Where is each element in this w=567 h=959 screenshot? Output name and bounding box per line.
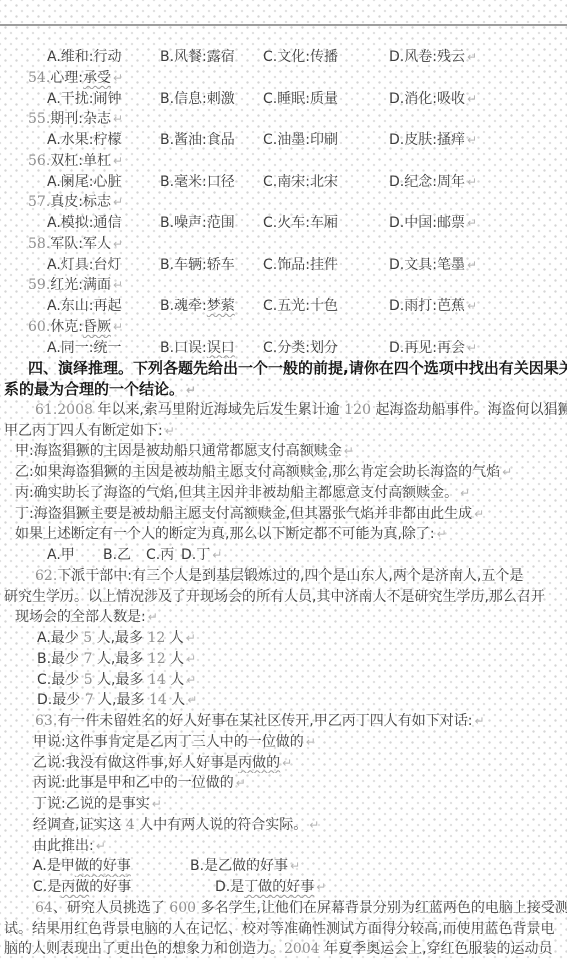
analogy-options-row: A.水果:柠檬B.酱油:食品C.油墨:印刷D.皮肤:搔痒↵ [0, 130, 567, 151]
spellcheck-wavy: 做的好事 [75, 858, 131, 874]
analogy-question: 55.期刊:杂志↵ [0, 109, 567, 130]
statement-line: 现场会的全部人数是:↵ [0, 607, 567, 628]
analogy-question: 58.军队:军人↵ [0, 234, 567, 255]
option-item: D.再见:再会 [389, 338, 465, 359]
number-text: 62. [35, 568, 57, 584]
horizontal-rule [0, 24, 567, 26]
paragraph-mark-icon: ↵ [163, 424, 175, 438]
option-item: A.水果:柠檬 [47, 130, 160, 151]
option-item: A.灯具:台灯 [47, 255, 160, 276]
option-item: A.同一:统一 [47, 338, 160, 359]
paragraph-mark-icon: ↵ [472, 507, 484, 521]
statement-line: 丙说:此事是甲和乙中的一位做的↵ [0, 773, 567, 794]
paragraph-mark-icon: ↵ [307, 818, 319, 832]
option-item: B.魂牵:梦萦 [160, 296, 263, 317]
number-text: 2008 [57, 402, 93, 418]
spellcheck-wavy: 承受 [83, 70, 111, 86]
analogy-question: 54.心理:承受↵ [0, 68, 567, 89]
paragraph-mark-icon: ↵ [234, 776, 246, 790]
paragraph-mark-icon: ↵ [465, 50, 477, 64]
statement-line: 如果上述断定有一个人的断定为真,那么以下断定都不可能为真,除了:↵ [0, 524, 567, 545]
statement-line: 丁:海盗猖獗主要是被劫船主愿支付高额赎金,但其嚣张气焰并非都由此生成↵ [0, 504, 567, 525]
statement-line: 丙:确实助长了海盗的气焰,但其主因并非被劫船主都愿意支付高额赎金。↵ [0, 483, 567, 504]
option-line: A.最少 5 人,最多 12 人↵ [0, 628, 567, 649]
statement-line: 甲说:这件事肯定是乙丙丁三人中的一位做的↵ [0, 732, 567, 753]
number-text: 54. [28, 70, 50, 86]
spellcheck-wavy: 昏厥 [83, 319, 111, 335]
paragraph-mark-icon: ↵ [304, 735, 316, 749]
analogy-options-row: A.干扰:闹钟B.信息:刺激C.睡眠:质量D.消化:吸收↵ [0, 89, 567, 110]
option-item: C.分类:划分 [263, 338, 389, 359]
option-item: D.皮肤:搔痒 [389, 130, 465, 151]
option-item: B.是乙做的好事 [190, 856, 288, 877]
option-item: C.南宋:北宋 [263, 172, 389, 193]
analogy-options-row: A.阑尾:心脏B.毫米:口径C.南宋:北宋D.纪念:周年↵ [0, 172, 567, 193]
analogy-options-row: A.东山:再起B.魂牵:梦萦C.五光:十色D.雨打:芭蕉↵ [0, 296, 567, 317]
paragraph-mark-icon: ↵ [435, 527, 447, 541]
statement-line: 乙:如果海盗猖獗的主因是被劫船主愿支付高额赎金,那么肯定会助长海盗的气焰↵ [0, 462, 567, 483]
number-text: 120 [344, 402, 371, 418]
statement-line: 由此推出:↵ [0, 836, 567, 857]
paragraph-mark-icon: ↵ [111, 320, 123, 334]
option-item: C.五光:十色 [263, 296, 389, 317]
question-text: 64、研究人员挑选了 600 多名学生,让他们在屏幕背景分别为红蓝两色的电脑上接… [0, 898, 567, 919]
paragraph-mark-icon: ↵ [342, 444, 354, 458]
number-text: 14 [148, 672, 166, 688]
statement-line: 经调查,证实这 4 人中有两人说的符合实际。↵ [0, 815, 567, 836]
question-text: 63.有一件未留姓名的好人好事在某社区传开,甲乙丙丁四人有如下对话:↵ [0, 711, 567, 732]
paragraph-mark-icon: ↵ [150, 797, 162, 811]
number-text: 60. [28, 319, 50, 335]
option-item: C.睡眠:质量 [263, 89, 389, 110]
option-item: B.乙 [103, 545, 146, 566]
number-text: 59. [28, 277, 50, 293]
paragraph-mark-icon: ↵ [465, 175, 477, 189]
paragraph-mark-icon: ↵ [465, 133, 477, 147]
paragraph-mark-icon: ↵ [111, 195, 123, 209]
wrapped-line: 脑的人则表现出了更出色的想象力和创造力。2004 年夏季奥运会上,穿红色服装的运… [0, 939, 567, 959]
number-text: 55. [28, 111, 50, 127]
paragraph-mark-icon: ↵ [465, 299, 477, 313]
question-text: 62.下派干部中:有三个人是到基层锻炼过的,四个是山东人,两个是济南人,五个是 [0, 566, 567, 587]
number-text: 63. [35, 713, 57, 729]
paragraph-mark-icon: ↵ [472, 714, 484, 728]
option-item: D.纪念:周年 [389, 172, 465, 193]
option-item: B.口误:误口 [160, 338, 263, 359]
analogy-options-row: A.灯具:台灯B.车辆:轿车C.饰品:挂件D.文具:笔墨↵ [0, 255, 567, 276]
option-item: A.干扰:闹钟 [47, 89, 160, 110]
option-item: C.丙 [146, 545, 181, 566]
wrapped-line: 甲乙丙丁四人有断定如下:↵ [0, 421, 567, 442]
paragraph-mark-icon: ↵ [184, 673, 196, 687]
paragraph-mark-icon: ↵ [465, 216, 477, 230]
analogy-options-row: A.模拟:通信B.噪声:范围C.火车:车厢D.中国:邮票↵ [0, 213, 567, 234]
spellcheck-wavy: 误口 [207, 340, 235, 356]
paragraph-mark-icon: ↵ [146, 610, 158, 624]
paragraph-mark-icon: ↵ [465, 92, 477, 106]
number-text: 64 [35, 900, 53, 916]
option-item: D.风卷:残云 [389, 47, 465, 68]
number-text: 2004 [284, 941, 320, 957]
paragraph-mark-icon: ↵ [184, 383, 196, 397]
options-pair-row: C.是丙做的好事D.是丁做的好事↵ [0, 877, 567, 898]
option-item: A.东山:再起 [47, 296, 160, 317]
number-text: 7 [84, 651, 93, 667]
option-item: C.油墨:印刷 [263, 130, 389, 151]
option-item: D.中国:邮票 [389, 213, 465, 234]
paragraph-mark-icon: ↵ [458, 486, 470, 500]
option-item: D.文具:笔墨 [389, 255, 465, 276]
section-header: 四、演绎推理。下列各题先给出一个一般的前提,请你在四个选项中找出有关因果关 [0, 358, 567, 379]
number-text: 5 [83, 630, 92, 646]
paragraph-mark-icon: ↵ [111, 278, 123, 292]
spellcheck-wavy: 梦萦 [207, 298, 235, 314]
analogy-options-row: A.同一:统一B.口误:误口C.分类:划分D.再见:再会↵ [0, 338, 567, 359]
number-text: 61. [35, 402, 57, 418]
option-line: D.最少 7 人,最多 14 人↵ [0, 690, 567, 711]
analogy-question: 60.休克:昏厥↵ [0, 317, 567, 338]
paragraph-mark-icon: ↵ [210, 548, 222, 562]
option-item: A.阑尾:心脏 [47, 172, 160, 193]
option-item: D.消化:吸收 [389, 89, 465, 110]
option-item: B.噪声:范围 [160, 213, 263, 234]
option-item: A.模拟:通信 [47, 213, 160, 234]
option-item: A.维和:行动 [47, 47, 160, 68]
word-document-page: A.维和:行动B.风餐:露宿C.文化:传播D.风卷:残云↵54.心理:承受↵A.… [0, 0, 567, 959]
option-item: B.风餐:露宿 [160, 47, 263, 68]
wrapped-line: 研究生学历。以上情况涉及了开现场会的所有人员,其中济南人不是研究生学历,那么召开 [0, 587, 567, 608]
option-item: A.是甲做的好事 [33, 856, 190, 877]
option-item: C.是丙做的好事 [33, 877, 215, 898]
paragraph-mark-icon: ↵ [184, 652, 196, 666]
number-text: 56. [28, 153, 50, 169]
paragraph-mark-icon: ↵ [314, 880, 326, 894]
option-item: C.文化:传播 [263, 47, 389, 68]
number-text: 12 [148, 630, 166, 646]
analogy-options-row: A.维和:行动B.风餐:露宿C.文化:传播D.风卷:残云↵ [0, 47, 567, 68]
paragraph-mark-icon: ↵ [465, 341, 477, 355]
option-item: D.丁 [181, 545, 210, 566]
number-text: 57. [28, 194, 50, 210]
option-item: D.是丁做的好事 [215, 877, 314, 898]
option-item: B.信息:刺激 [160, 89, 263, 110]
number-text: 58. [28, 236, 50, 252]
number-text: 5 [84, 672, 93, 688]
spellcheck-wavy: 丙做的 [238, 755, 280, 771]
spellcheck-wavy: 丁做的好事 [244, 879, 314, 895]
number-text: 600 [169, 900, 196, 916]
option-item: C.火车:车厢 [263, 213, 389, 234]
analogy-question: 59.红光:满面↵ [0, 275, 567, 296]
number-text: 7 [85, 692, 94, 708]
statement-line: 丁说:乙说的是事实↵ [0, 794, 567, 815]
option-line: B.最少 7 人,最多 12 人↵ [0, 649, 567, 670]
statement-line: 甲:海盗猖獗的主因是被劫船只通常都愿支付高额赎金↵ [0, 441, 567, 462]
spellcheck-wavy: 丙做 [61, 879, 89, 895]
paragraph-mark-icon: ↵ [465, 258, 477, 272]
paragraph-mark-icon: ↵ [500, 465, 512, 479]
option-item: B.毫米:口径 [160, 172, 263, 193]
number-text: 4 [126, 817, 135, 833]
section-header-wrap: 系的最为合理的一个结论。↵ [0, 379, 567, 400]
statement-line: 乙说:我没有做这件事,好人好事是丙做的↵ [0, 753, 567, 774]
question-text: 61.2008 年以来,索马里附近海域先后发生累计逾 120 起海盗劫船事件。海… [0, 400, 567, 421]
paragraph-mark-icon: ↵ [94, 839, 106, 853]
paragraph-mark-icon: ↵ [111, 154, 123, 168]
paragraph-mark-icon: ↵ [185, 693, 197, 707]
analogy-question: 56.双杠:单杠↵ [0, 151, 567, 172]
option-item: C.饰品:挂件 [263, 255, 389, 276]
option-item: D.雨打:芭蕉 [389, 296, 465, 317]
wrapped-line: 试。结果用红色背景电脑的人在记忆、校对等准确性测试方面得分较高,而使用蓝色背景电 [0, 919, 567, 940]
analogy-question: 57.真皮:标志↵ [0, 192, 567, 213]
paragraph-mark-icon: ↵ [111, 71, 123, 85]
paragraph-mark-icon: ↵ [288, 859, 300, 873]
option-item: B.车辆:轿车 [160, 255, 263, 276]
paragraph-mark-icon: ↵ [111, 112, 123, 126]
answer-options-row: A.甲B.乙C.丙D.丁↵ [0, 545, 567, 566]
option-item: A.甲 [47, 545, 103, 566]
options-pair-row: A.是甲做的好事B.是乙做的好事↵ [0, 856, 567, 877]
document-body: A.维和:行动B.风餐:露宿C.文化:传播D.风卷:残云↵54.心理:承受↵A.… [0, 47, 567, 959]
paragraph-mark-icon: ↵ [184, 631, 196, 645]
paragraph-mark-icon: ↵ [280, 756, 292, 770]
option-item: B.酱油:食品 [160, 130, 263, 151]
number-text: 12 [148, 651, 166, 667]
paragraph-mark-icon: ↵ [111, 237, 123, 251]
option-line: C.最少 5 人,最多 14 人↵ [0, 670, 567, 691]
number-text: 14 [149, 692, 167, 708]
